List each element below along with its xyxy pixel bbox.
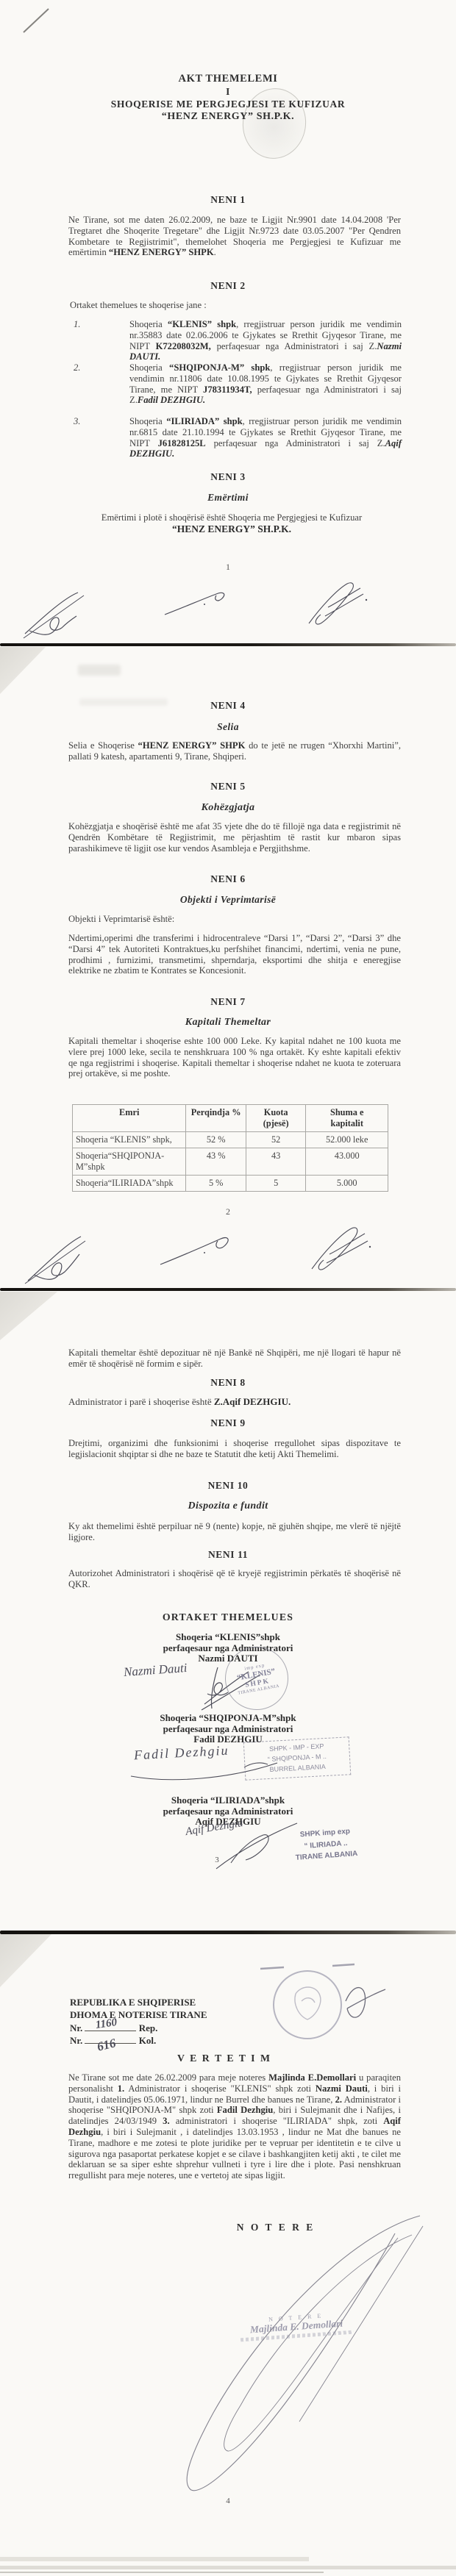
neni7-paragraph: Kapitali themeltar i shoqerise eshte 100…: [68, 1036, 401, 1079]
neni9-paragraph: Drejtimi, organizimi dhe funksionimi i s…: [68, 1438, 401, 1460]
kol-number-line: Nr. Kol.: [70, 2035, 207, 2047]
table-cell: 52: [246, 1132, 306, 1148]
partner-number: 2.: [74, 362, 80, 373]
scan-edge-artifact: [0, 2572, 324, 2573]
founder-role: perfaqesaur nga Administratori: [66, 1643, 390, 1654]
table-cell: 5 %: [186, 1176, 246, 1192]
table-header-row: Emri Perqindja % Kuota (pjesë) Shuma e k…: [73, 1105, 388, 1132]
table-header: Emri: [73, 1105, 186, 1132]
notary-signature-flourish: [129, 2192, 430, 2505]
page-number-4: 4: [0, 2497, 456, 2505]
doc-title-line1: AKT THEMELEMI: [44, 73, 412, 85]
page-number-1: 1: [0, 562, 456, 573]
neni3-line1: Emërtimi i plotë i shoqërisë është Shoqe…: [59, 512, 405, 523]
signature-squiggle: [21, 1231, 90, 1289]
table-cell: Shoqeria“ILIRIADA”shpk: [73, 1176, 186, 1192]
neni9-heading: NENI 9: [66, 1417, 390, 1429]
neni3-line2: “HENZ ENERGY” SH.P.K.: [59, 523, 405, 535]
partner-item: 1. Shoqeria “KLENIS” shpk, rregjistruar …: [72, 319, 402, 362]
partner-item: 2. Shoqeria “SHQIPONJA-M” shpk, rregjist…: [72, 362, 402, 406]
vertetim-body: Ne Tirane sot me date 26.02.2009 para me…: [68, 2072, 401, 2181]
neni1-paragraph: Ne Tirane, sot me daten 26.02.2009, ne b…: [68, 215, 401, 258]
doc-title-line2: I: [44, 86, 412, 98]
page-separator: [0, 643, 456, 646]
pencil-mark: [19, 4, 53, 35]
table-cell: 5.000: [306, 1176, 388, 1192]
notary-header: REPUBLIKA E SHQIPERISE DHOMA E NOTERISE …: [70, 1997, 207, 2047]
table-header: Perqindja %: [186, 1105, 246, 1132]
neni5-paragraph: Kohëzgjatja e shoqërisë është me afat 35…: [68, 821, 401, 854]
page-number-3: 3: [210, 1856, 224, 1864]
neni2-heading: NENI 2: [66, 280, 390, 292]
scan-shadow-corner: [0, 1292, 57, 1340]
neni11-heading: NENI 11: [66, 1549, 390, 1561]
vertetim-heading: V E R T E T I M: [63, 2053, 386, 2064]
doc-title-line3: SHOQERISE ME PERGJEGJESI TE KUFIZUAR: [44, 99, 412, 110]
scan-shadow-corner: [0, 647, 46, 694]
neni4-subtitle: Selia: [66, 721, 390, 733]
shqiponja-stamp: SHPK - IMP - EXP “ SHQIPONJA - M .. BURR…: [243, 1736, 352, 1780]
founders-heading: ORTAKET THEMELUES: [66, 1611, 390, 1623]
signature-squiggle: [299, 578, 372, 634]
table-header: Kuota (pjesë): [246, 1105, 306, 1132]
founder-role: perfaqesaur nga Administratori: [66, 1724, 390, 1735]
table-cell: Shoqeria “KLENIS” shpk,: [73, 1132, 186, 1148]
scan-edge-artifact: [0, 2566, 456, 2569]
page-number-2: 2: [0, 1206, 456, 1217]
partner-text: Shoqeria “KLENIS” shpk, rregjistruar per…: [129, 319, 402, 362]
neni10-subtitle: Dispozita e fundit: [66, 1500, 390, 1512]
founder-company: Shoqeria “ILIRIADA”shpk: [66, 1795, 390, 1806]
table-cell: 5: [246, 1176, 306, 1192]
neni5-heading: NENI 5: [66, 781, 390, 793]
neni3-heading: NENI 3: [66, 471, 390, 483]
neni3-subtitle: Emërtimi: [66, 492, 390, 504]
partner-text: Shoqeria “ILIRIADA” shpk, rregjistruar p…: [129, 416, 402, 459]
scanned-document: AKT THEMELEMI I SHOQERISE ME PERGJEGJESI…: [0, 0, 456, 2576]
neni6-intro: Objekti i Veprimtarisë është:: [68, 914, 401, 925]
neni8-line: Administrator i parë i shoqerise është Z…: [68, 1397, 401, 1408]
republic-line: REPUBLIKA E SHQIPERISE: [70, 1997, 207, 2009]
signature-squiggle: [302, 1223, 375, 1278]
table-header: Shuma e kapitalit: [306, 1105, 388, 1132]
table-row: Shoqeria“SHQIPONJA-M”shpk 43 % 43 43.000: [73, 1148, 388, 1176]
neni6-subtitle: Objekti i Veprimtarisë: [66, 894, 390, 906]
neni10-heading: NENI 10: [66, 1480, 390, 1492]
table-cell: 52 %: [186, 1132, 246, 1148]
nr-label: Nr.: [70, 2022, 82, 2033]
kol-suffix: Kol.: [139, 2035, 156, 2046]
founder-role: perfaqesaur nga Administratori: [66, 1806, 390, 1817]
page-separator: [0, 1288, 456, 1291]
rep-suffix: Rep.: [139, 2022, 158, 2033]
founder-company: Shoqeria “KLENIS”shpk: [66, 1632, 390, 1643]
chamber-line: DHOMA E NOTERISE TIRANE: [70, 2009, 207, 2022]
neni6-heading: NENI 6: [66, 873, 390, 885]
table-cell: Shoqeria“SHQIPONJA-M”shpk: [73, 1148, 186, 1176]
neni7-subtitle: Kapitali Themeltar: [66, 1017, 390, 1028]
neni5-subtitle: Kohëzgjatja: [66, 802, 390, 814]
scan-smudge: [78, 665, 121, 676]
table-row: Shoqeria “KLENIS” shpk, 52 % 52 52.000 l…: [73, 1132, 388, 1148]
handwritten-kol-number: 616: [96, 2036, 118, 2055]
neni4-heading: NENI 4: [66, 700, 390, 712]
page-separator: [0, 1931, 456, 1934]
nr-label: Nr.: [70, 2035, 82, 2046]
scan-shadow-corner: [0, 1934, 51, 1987]
nr-underline: [85, 2031, 136, 2031]
signature-squiggle: [19, 582, 89, 644]
capital-deposit-paragraph: Kapitali themeltar është depozituar në n…: [68, 1348, 401, 1370]
scan-edge-artifact: [0, 2557, 309, 2561]
signature-squiggle: [157, 1229, 235, 1270]
neni10-paragraph: Ky akt themelimi është perpiluar në 9 (n…: [68, 1521, 401, 1543]
neni4-paragraph: Selia e Shoqerise “HENZ ENERGY” SHPK do …: [68, 740, 401, 762]
neni7-heading: NENI 7: [66, 996, 390, 1008]
neni6-paragraph: Ndertimi,operimi dhe transferimi i hidro…: [68, 933, 401, 976]
neni11-paragraph: Autorizohet Administratori i shoqërisë q…: [68, 1568, 401, 1590]
signature-squiggle: [162, 584, 228, 619]
table-row: Shoqeria“ILIRIADA”shpk 5 % 5 5.000: [73, 1176, 388, 1192]
founder-company: Shoqeria “SHQIPONJA-M”shpk: [66, 1713, 390, 1724]
table-cell: 43: [246, 1148, 306, 1176]
partner-text: Shoqeria “SHQIPONJA-M” shpk, rregjistrua…: [129, 362, 402, 406]
rep-number-line: Nr. Rep.: [70, 2022, 207, 2035]
neni1-heading: NENI 1: [66, 194, 390, 206]
doc-title-line4: “HENZ ENERGY” SH.P.K.: [44, 111, 412, 123]
table-cell: 43 %: [186, 1148, 246, 1176]
notary-round-stamp: [259, 1950, 391, 2060]
neni8-heading: NENI 8: [66, 1377, 390, 1389]
neni2-intro: Ortaket themelues te shoqerise jane :: [70, 300, 402, 311]
partner-number: 1.: [74, 319, 80, 330]
table-cell: 43.000: [306, 1148, 388, 1176]
capital-table: Emri Perqindja % Kuota (pjesë) Shuma e k…: [72, 1104, 388, 1192]
table-cell: 52.000 leke: [306, 1132, 388, 1148]
partner-number: 3.: [74, 416, 80, 427]
partner-item: 3. Shoqeria “ILIRIADA” shpk, rregjistrua…: [72, 416, 402, 459]
iliriada-stamp: SHPK imp exp “ ILIRIADA .. TIRANE ALBANI…: [270, 1824, 382, 1866]
